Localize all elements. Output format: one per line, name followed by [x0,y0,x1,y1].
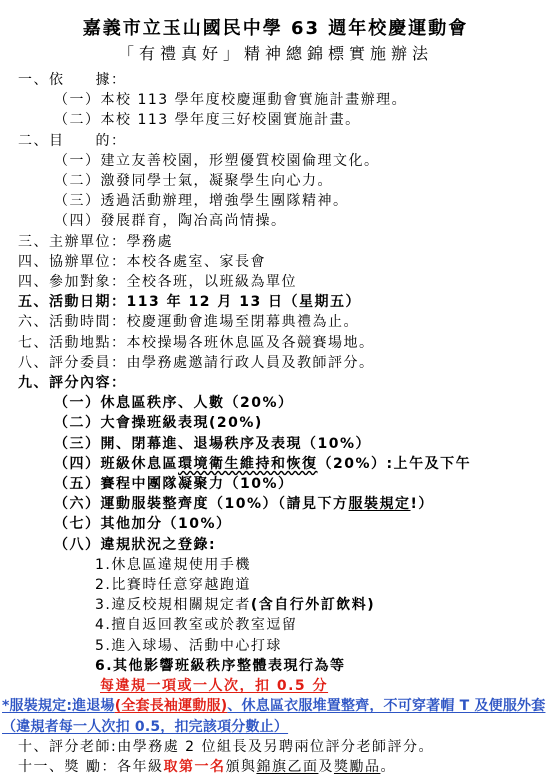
text-segment: （八）違規狀況之登錄: [54,537,216,553]
doc-line: （四）班級休息區環境衛生維持和恢復（20%）:上午及下午 [0,454,551,474]
text-segment: 2.比賽時任意穿越跑道 [95,577,251,593]
text-segment: （三）透過活動辦理，增強學生團隊精神。 [54,193,349,209]
doc-line: （四）發展群育，陶冶高尚情操。 [0,211,551,231]
doc-line: 二、目 的： [0,131,551,151]
page-subtitle: 「有禮真好」精神總錦標實施辦法 [0,42,551,66]
document-body: 一、依 據：（一）本校 113 學年度校慶運動會實施計畫辦理。（二）本校 113… [0,70,551,777]
text-segment: （二）大會操班級表現(20%) [54,415,263,431]
text-segment: *服裝規定:進退場 [2,698,115,714]
doc-line: *服裝規定:進退場(全套長袖運動服)、休息區衣服堆置整齊，不可穿著帽 T 及便服… [0,696,551,716]
text-segment: 二、目 的： [18,133,127,149]
text-segment: 六、活動時間：校慶運動會進場至閉幕典禮為止。 [18,314,359,330]
text-segment: 四、協辦單位：本校各處室、家長會 [18,254,266,270]
text-segment: 八、評分委員：由學務處邀請行政人員及教師評分。 [18,355,375,371]
text-segment: 每違規一項或一人次，扣 0.5 分 [100,678,328,694]
text-segment: (全套長袖運動服) [115,698,228,714]
doc-line: 八、評分委員：由學務處邀請行政人員及教師評分。 [0,353,551,373]
text-segment: 七、活動地點：本校操場各班休息區及各競賽場地。 [18,335,375,351]
text-segment: （二）本校 113 學年度三好校園實施計畫。 [54,112,361,128]
text-segment: 十一、獎 勵：各年級 [18,759,163,775]
text-segment: !） [411,496,434,512]
text-segment: 。 [380,759,396,775]
text-segment: （二）激發同學士氣，凝聚學生向心力。 [54,173,333,189]
doc-line: 2.比賽時任意穿越跑道 [0,575,551,595]
doc-line: （一）本校 113 學年度校慶運動會實施計畫辦理。 [0,90,551,110]
text-segment: 頒與 [225,759,256,775]
text-segment: 一、依 據： [18,72,127,88]
text-segment: 九、評分內容： [18,375,127,391]
doc-line: 6.其他影響班級秩序整體表現行為等 [0,656,551,676]
doc-line: （五）賽程中團隊凝聚力（10%） [0,474,551,494]
doc-line: 六、活動時間：校慶運動會進場至閉幕典禮為止。 [0,312,551,332]
doc-line: （一）建立友善校園，形塑優質校園倫理文化。 [0,151,551,171]
text-segment: （一）休息區秩序、人數（20%） [54,395,294,411]
doc-line: 1.休息區違規使用手機 [0,555,551,575]
doc-line: （二）本校 113 學年度三好校園實施計畫。 [0,110,551,130]
text-segment: （一）建立友善校園，形塑優質校園倫理文化。 [54,153,380,169]
doc-line: 十、評分老師:由學務處 2 位組長及另聘兩位評分老師評分。 [0,737,551,757]
doc-line: 3.違反校規相關規定者(含自行外訂飲料) [0,595,551,615]
text-segment: （一）本校 113 學年度校慶運動會實施計畫辦理。 [54,92,407,108]
text-segment: （六）運動服裝整齊度（10%）（請見下方 [54,496,349,512]
doc-line: 四、協辦單位：本校各處室、家長會 [0,252,551,272]
doc-line: 十一、獎 勵：各年級取第一名頒與錦旗乙面及獎勵品。 [0,757,551,777]
text-segment: 錦旗乙面 [256,759,318,775]
text-segment: 4.擅自返回教室或於教室逗留 [95,617,297,633]
text-segment: 6.其他影響班級秩序整體表現行為等 [95,658,346,674]
doc-line: 4.擅自返回教室或於教室逗留 [0,615,551,635]
text-segment: 四、參加對象：全校各班，以班級為單位 [18,274,297,290]
text-segment: (含自行外訂飲料) [251,597,375,613]
doc-line: 三、主辦單位：學務處 [0,232,551,252]
doc-line: 一、依 據： [0,70,551,90]
doc-line: 九、評分內容： [0,373,551,393]
text-segment: （違規者每一人次扣 0.5，扣完該項分數止） [2,719,288,735]
doc-line: 四、參加對象：全校各班，以班級為單位 [0,272,551,292]
text-segment: 環境衛生維持和恢復 [178,456,318,472]
doc-line: （二）激發同學士氣，凝聚學生向心力。 [0,171,551,191]
doc-line: （違規者每一人次扣 0.5，扣完該項分數止） [0,717,551,737]
text-segment: （五）賽程中團隊凝聚力（10%） [54,476,294,492]
doc-line: （六）運動服裝整齊度（10%）（請見下方服裝規定!） [0,494,551,514]
doc-line: （三）透過活動辦理，增強學生團隊精神。 [0,191,551,211]
doc-line: 五、活動日期：113 年 12 月 13 日（星期五） [0,292,551,312]
text-segment: 獎勵品 [334,759,381,775]
text-segment: 5.進入球場、活動中心打球 [95,638,282,654]
document-page: 嘉義市立玉山國民中學 63 週年校慶運動會 「有禮真好」精神總錦標實施辦法 一、… [0,0,551,777]
text-segment: 、休息區衣服堆置整齊，不可穿著帽 T 及便服外套 [227,698,545,714]
text-segment: 取第一名 [163,759,225,775]
doc-line: （八）違規狀況之登錄: [0,535,551,555]
text-segment: （七）其他加分（10%） [54,516,232,532]
text-segment: 1.休息區違規使用手機 [95,557,251,573]
text-segment: （20%）:上午及下午 [318,456,472,472]
page-title: 嘉義市立玉山國民中學 63 週年校慶運動會 [0,16,551,42]
doc-line: （三）開、閉幕進、退場秩序及表現（10%） [0,434,551,454]
text-segment: 三、主辦單位：學務處 [18,234,173,250]
text-segment: （四）發展群育，陶冶高尚情操。 [54,213,287,229]
text-segment: 及 [318,759,334,775]
text-segment: 服裝規定 [349,496,411,512]
text-segment: （四）班級休息區 [54,456,178,472]
doc-line: （七）其他加分（10%） [0,514,551,534]
text-segment: 五、活動日期：113 年 12 月 13 日（星期五） [18,294,361,310]
text-segment: 十、評分老師:由學務處 2 位組長及另聘兩位評分老師評分。 [18,739,434,755]
text-segment: 3.違反校規相關規定者 [95,597,251,613]
doc-line: 每違規一項或一人次，扣 0.5 分 [0,676,551,696]
doc-line: 5.進入球場、活動中心打球 [0,636,551,656]
text-segment: （三）開、閉幕進、退場秩序及表現（10%） [54,436,371,452]
doc-line: 七、活動地點：本校操場各班休息區及各競賽場地。 [0,333,551,353]
doc-line: （二）大會操班級表現(20%) [0,413,551,433]
doc-line: （一）休息區秩序、人數（20%） [0,393,551,413]
